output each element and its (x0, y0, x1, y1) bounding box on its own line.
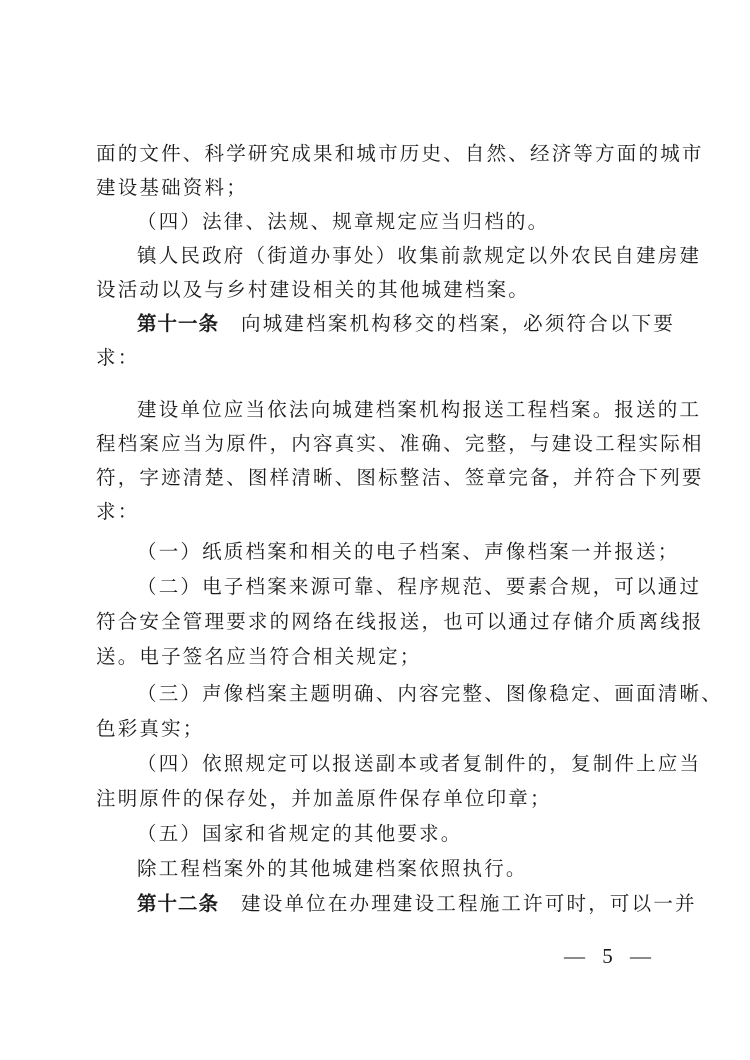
text-line: （三）声像档案主题明确、内容完整、图像稳定、画面清晰、 (137, 682, 697, 706)
text-line: （四）法律、法规、规章规定应当归档的。 (137, 210, 697, 234)
text-line: 求： (96, 500, 656, 524)
text-line: 注明原件的保存处，并加盖原件保存单位印章； (96, 787, 656, 811)
text-line: 色彩真实； (96, 717, 656, 741)
text-line: （四）依照规定可以报送副本或者复制件的，复制件上应当 (137, 752, 697, 776)
text-line: （二）电子档案来源可靠、程序规范、要素合规，可以通过 (137, 575, 697, 599)
text-line: 建设基础资料； (96, 176, 656, 200)
article-heading: 第十一条 (137, 312, 219, 335)
article-text: 建设单位在办理建设工程施工许可时，可以一并 (241, 892, 697, 915)
text-line: 符，字迹清楚、图样清晰、图标整洁、签章完备，并符合下列要 (96, 466, 656, 490)
text-line: 镇人民政府（街道办事处）收集前款规定以外农民自建房建 (137, 244, 697, 268)
page-number: — 5 — (564, 944, 657, 969)
article-line: 第十二条建设单位在办理建设工程施工许可时，可以一并 (137, 892, 697, 916)
text-line: （五）国家和省规定的其他要求。 (137, 822, 697, 846)
text-line: 面的文件、科学研究成果和城市历史、自然、经济等方面的城市 (96, 142, 656, 166)
text-line: （一）纸质档案和相关的电子档案、声像档案一并报送； (137, 540, 697, 564)
document-page: 面的文件、科学研究成果和城市历史、自然、经济等方面的城市 建设基础资料； （四）… (0, 0, 750, 1060)
text-line: 建设单位应当依法向城建档案机构报送工程档案。报送的工 (137, 398, 697, 422)
text-line: 设活动以及与乡村建设相关的其他城建档案。 (96, 278, 656, 302)
article-heading: 第十二条 (137, 892, 219, 915)
text-line: 符合安全管理要求的网络在线报送，也可以通过存储介质离线报 (96, 610, 656, 634)
text-line: 除工程档案外的其他城建档案依照执行。 (137, 857, 697, 881)
text-line: 求： (96, 346, 656, 370)
text-line: 送。电子签名应当符合相关规定； (96, 645, 656, 669)
article-line: 第十一条向城建档案机构移交的档案，必须符合以下要 (137, 312, 697, 336)
article-text: 向城建档案机构移交的档案，必须符合以下要 (241, 312, 675, 335)
text-line: 程档案应当为原件，内容真实、准确、完整，与建设工程实际相 (96, 432, 656, 456)
